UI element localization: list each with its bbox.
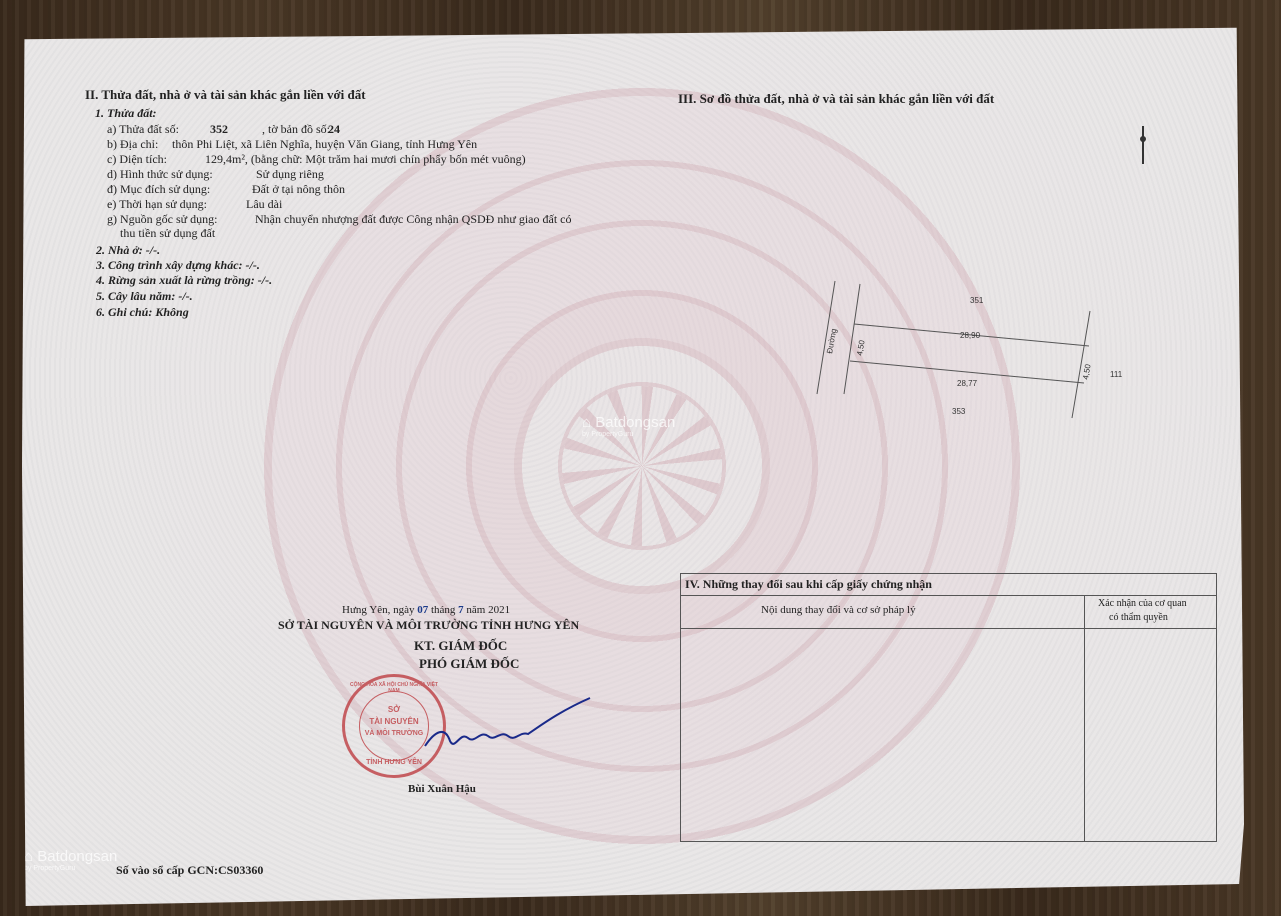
certificate-registry-number: Số vào sổ cấp GCN:CS03360 (116, 863, 263, 878)
changes-table-header-row: Nội dung thay đổi và cơ sở pháp lý Xác n… (681, 595, 1216, 629)
date-day: 07 (417, 604, 428, 616)
signer-role-1: KT. GIÁM ĐỐC (414, 638, 507, 654)
south-parcel-label: 353 (952, 407, 966, 416)
changes-content-header: Nội dung thay đổi và cơ sở pháp lý (761, 604, 916, 616)
west-width-label: 4,50 (855, 339, 867, 356)
parcel-no-value: 352 (210, 122, 228, 137)
changes-table-title-row: IV. Những thay đổi sau khi cấp giấy chứn… (681, 574, 1216, 596)
plantation-forest-item: 4. Rừng sản xuất là rừng trồng: -/-. (96, 273, 272, 288)
land-certificate-page: II. Thửa đất, nhà ở và tài sản khác gắn … (22, 26, 1244, 906)
address-value: thôn Phi Liệt, xã Liên Nghĩa, huyện Văn … (172, 137, 477, 152)
section-ii-title: II. Thửa đất, nhà ở và tài sản khác gắn … (85, 87, 366, 103)
house-item: 2. Nhà ở: -/-. (96, 243, 160, 258)
date-prefix: Hưng Yên, ngày (342, 604, 414, 616)
watermark-logo-icon: ⌂ (24, 848, 33, 865)
center-watermark: ⌂ Batdongsan by PropertyGuru (582, 414, 675, 438)
authority-confirmation-header-2: có thẩm quyền (1109, 612, 1168, 623)
top-length-label: 28,90 (960, 331, 981, 340)
date-month-label: tháng (431, 604, 455, 616)
address-label: b) Địa chỉ: (107, 137, 158, 152)
corner-watermark: ⌂ Batdongsan by PropertyGuru (24, 848, 117, 872)
drum-star-icon (562, 386, 722, 546)
agency-name: SỞ TÀI NGUYÊN VÀ MÔI TRƯỜNG TỈNH HƯNG YÊ… (278, 618, 579, 633)
usage-purpose-label: đ) Mục đích sử dụng: (107, 182, 210, 197)
area-value: 129,4m², (bằng chữ: Một trăm hai mươi ch… (205, 152, 526, 167)
date-line: Hưng Yên, ngày 07 tháng 7 năm 2021 (342, 604, 510, 616)
other-construction-item: 3. Công trình xây dựng khác: -/-. (96, 258, 260, 273)
origin-value: Nhận chuyển nhượng đất được Công nhận QS… (255, 212, 571, 227)
changes-table: IV. Những thay đổi sau khi cấp giấy chứn… (680, 573, 1217, 842)
signer-role-2: PHÓ GIÁM ĐỐC (419, 656, 519, 672)
section-iv-title: IV. Những thay đổi sau khi cấp giấy chứn… (685, 577, 932, 592)
watermark-logo-icon: ⌂ (582, 414, 591, 431)
watermark-brand: Batdongsan (595, 414, 675, 431)
usage-term-value: Lâu dài (246, 197, 282, 212)
notes-item: 6. Ghi chú: Không (96, 305, 189, 320)
north-parcel-label: 351 (970, 296, 984, 305)
table-divider (1084, 595, 1085, 841)
usage-purpose-value: Đất ở tại nông thôn (252, 182, 345, 197)
handwritten-signature (420, 686, 600, 766)
watermark-tagline: by PropertyGuru (582, 431, 675, 438)
section-iii-title: III. Sơ đồ thửa đất, nhà ở và tài sản kh… (678, 91, 994, 107)
perennial-tree-item: 5. Cây lâu năm: -/-. (96, 289, 193, 304)
area-label: c) Diện tích: (107, 152, 167, 167)
map-no-label: , tờ bản đồ số: (262, 122, 330, 137)
usage-form-value: Sử dụng riêng (256, 167, 324, 182)
watermark-brand: Batdongsan (37, 848, 117, 865)
usage-form-label: d) Hình thức sử dụng: (107, 167, 213, 182)
parcel-diagram: 351 28,90 28,77 353 111 Đường 4,50 4,50 (802, 276, 1182, 436)
north-arrow-icon (1142, 126, 1144, 164)
parcel-heading: 1. Thửa đất: (95, 106, 157, 121)
origin-label: g) Nguồn gốc sử dụng: (107, 212, 218, 227)
authority-confirmation-header-1: Xác nhận của cơ quan (1098, 598, 1187, 609)
map-no-value: 24 (328, 122, 340, 137)
usage-term-label: e) Thời hạn sử dụng: (107, 197, 207, 212)
east-parcel-label: 111 (1110, 370, 1123, 379)
east-width-label: 4,50 (1081, 363, 1093, 380)
watermark-tagline: by PropertyGuru (24, 865, 117, 872)
signer-name: Bùi Xuân Hậu (408, 783, 476, 795)
date-year: năm 2021 (466, 604, 510, 616)
bottom-length-label: 28,77 (957, 379, 978, 388)
date-month: 7 (458, 604, 464, 616)
parcel-no-label: a) Thửa đất số: (107, 122, 179, 137)
origin-value-continued: thu tiền sử dụng đất (120, 226, 215, 241)
